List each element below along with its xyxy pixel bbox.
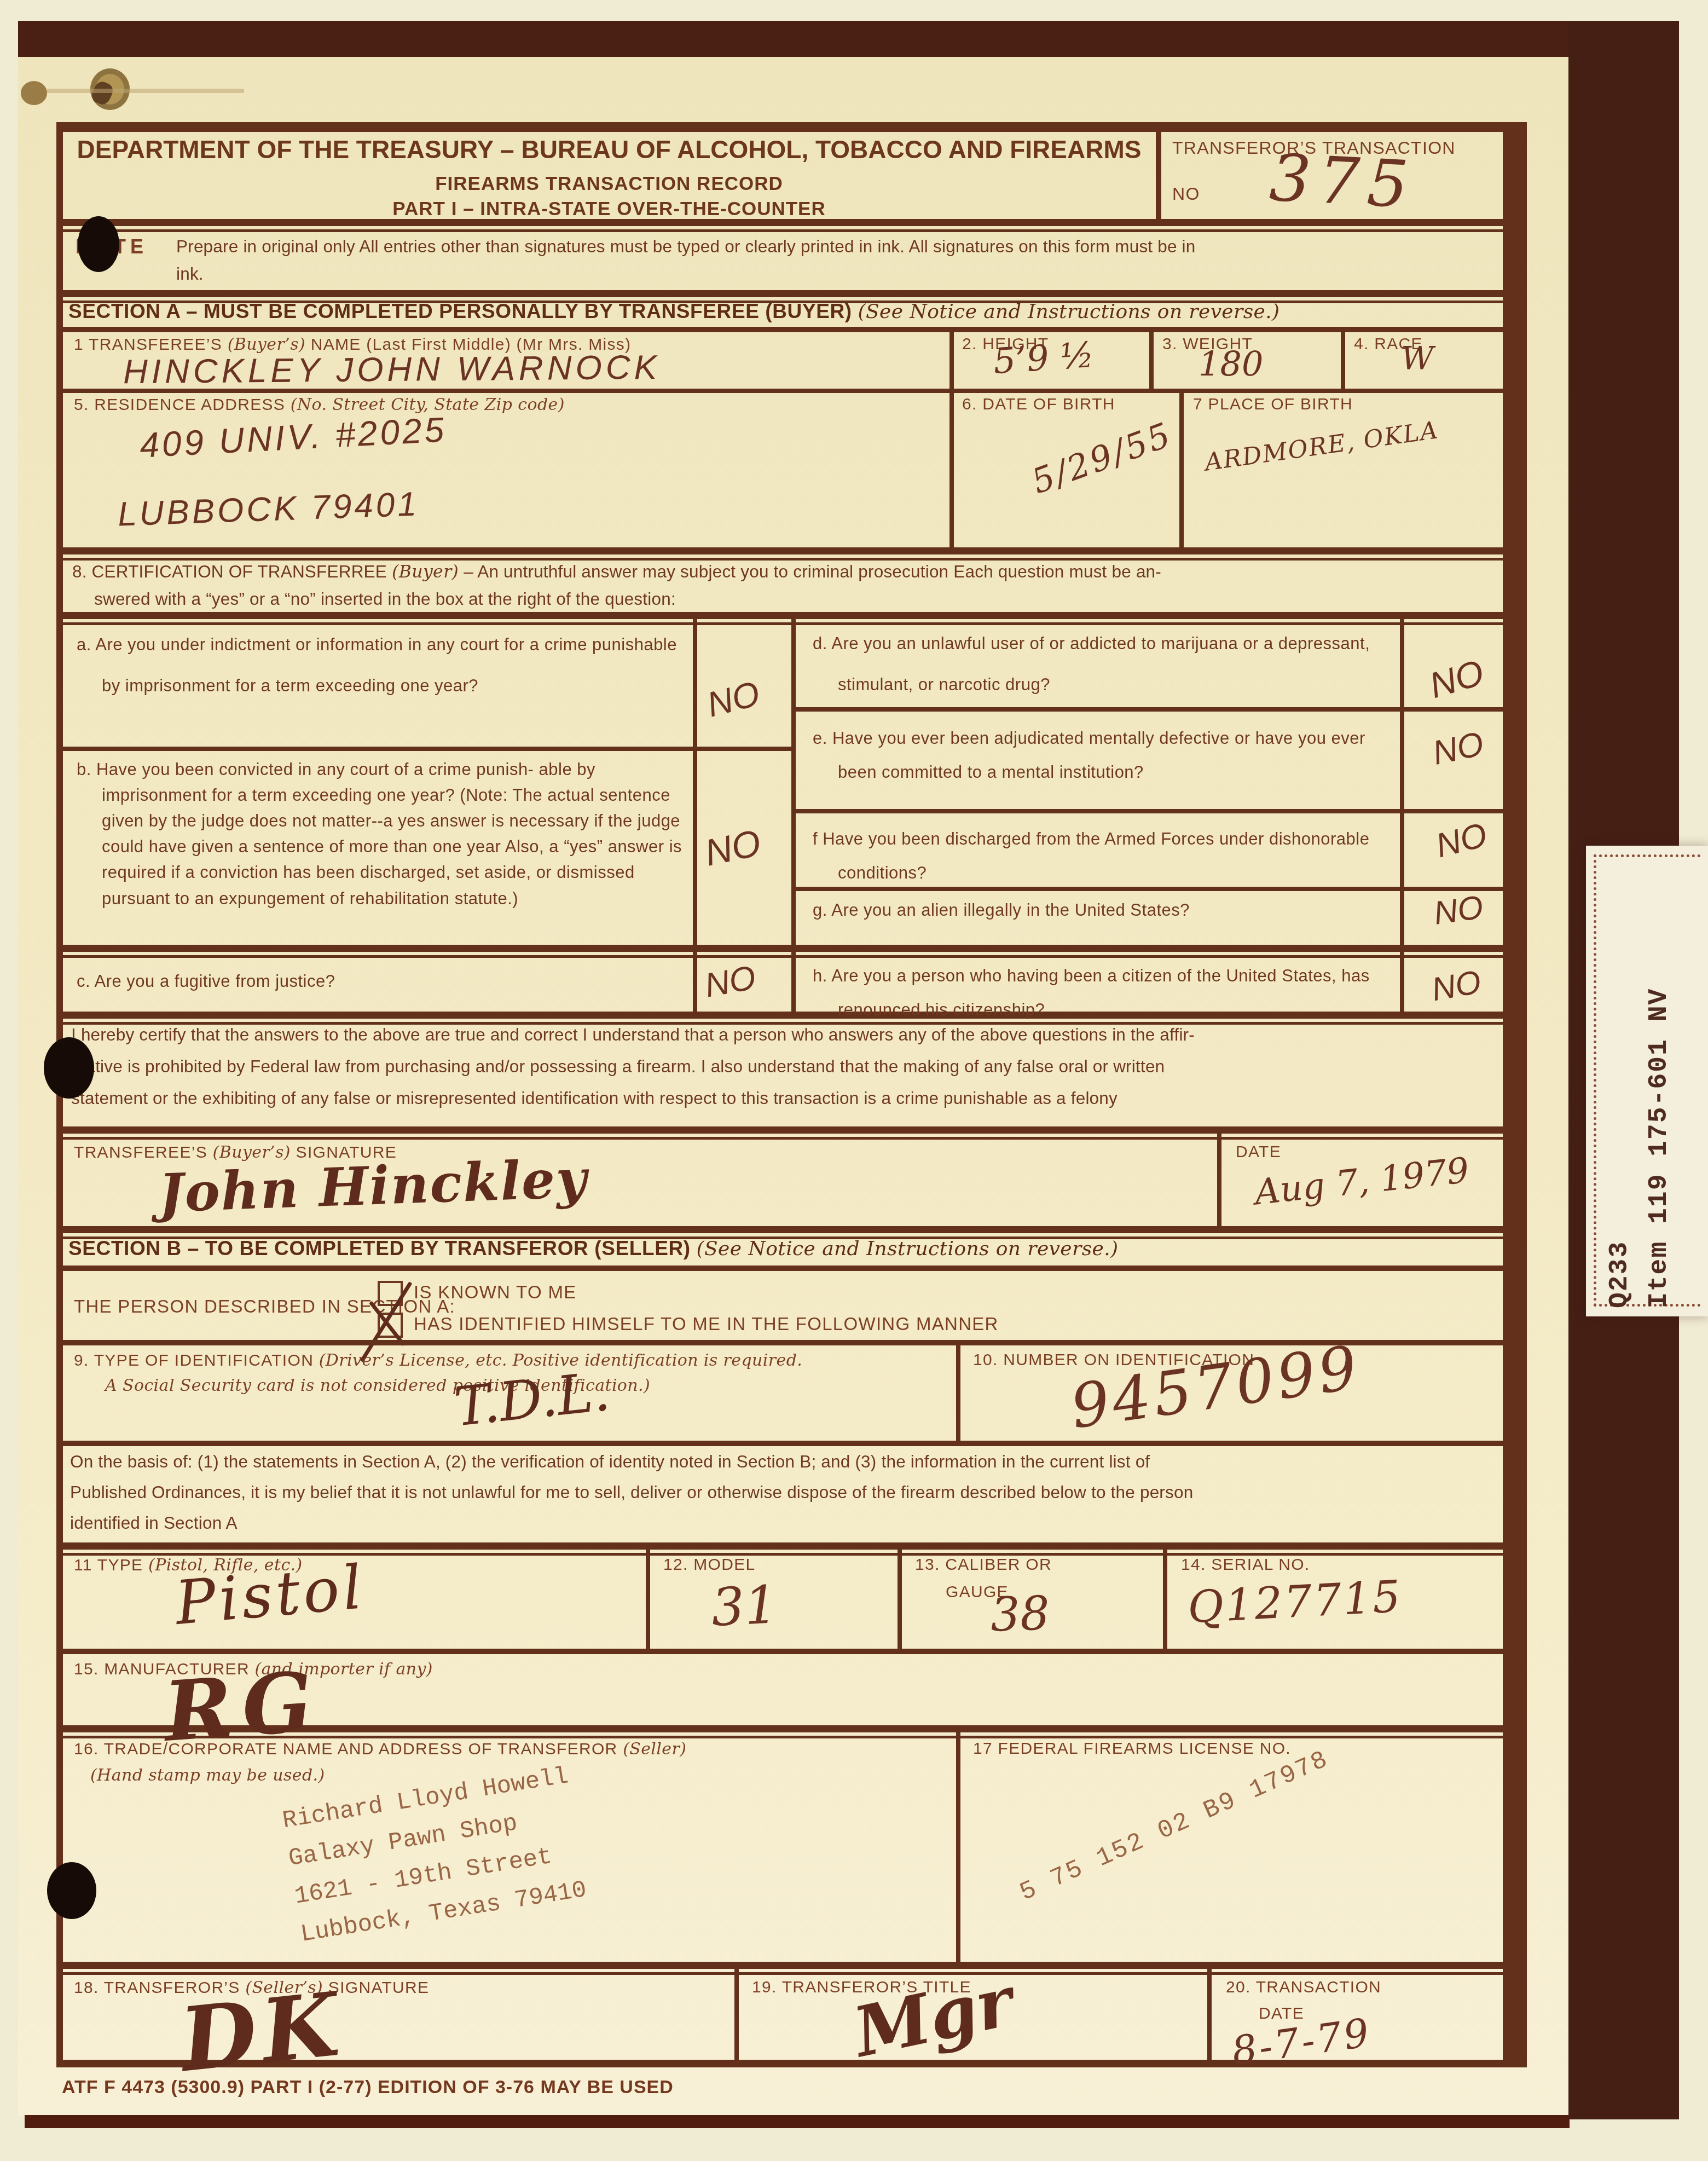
identified-label: HAS IDENTIFIED HIMSELF TO ME IN THE FOLL… <box>414 1314 999 1334</box>
answer-g: NO <box>1432 888 1486 932</box>
field14-label: 14. SERIAL NO. <box>1181 1556 1310 1574</box>
note-line2: ink. <box>176 264 204 284</box>
field17-label: 17 FEDERAL FIREARMS LICENSE NO. <box>973 1740 1291 1758</box>
qb-qc-divider <box>56 945 1527 958</box>
note-line1: Prepare in original only All entries oth… <box>176 236 1196 257</box>
f11-f12-divider <box>646 1542 650 1652</box>
form-border-top <box>56 122 1527 132</box>
question-b-text: b. Have you been convicted in any court … <box>77 756 696 911</box>
q8-intro-line1: 8. CERTIFICATION OF TRANSFERREE (Buyer) … <box>72 562 1161 582</box>
question-c-text: c. Are you a fugitive from justice? <box>77 972 696 991</box>
form-border-right <box>1503 122 1527 2067</box>
scratch-mark <box>47 89 244 93</box>
firearm-row-bottom-rule <box>56 1649 1527 1654</box>
f13-f14-divider <box>1163 1542 1167 1652</box>
field16-label: 16. TRADE/CORPORATE NAME AND ADDRESS OF … <box>74 1740 686 1759</box>
basis-line3: identified in Section A <box>70 1513 238 1533</box>
transaction-no-sublabel: NO <box>1172 184 1200 204</box>
field13-label-line1: 13. CALIBER OR <box>915 1556 1052 1574</box>
q8-intro-line2: swered with a “yes” or a “no” inserted i… <box>94 589 676 609</box>
field9-label: 9. TYPE OF IDENTIFICATION (Driver’s Lice… <box>74 1351 802 1370</box>
certification-line1: I hereby certify that the answers to the… <box>71 1025 1195 1045</box>
known-label: IS KNOWN TO ME <box>414 1282 577 1303</box>
height-value: 5’9 ½ <box>992 335 1096 383</box>
field12-label: 12. MODEL <box>663 1556 755 1574</box>
id-divider <box>956 1340 960 1441</box>
row5-divider-pob <box>1179 389 1184 551</box>
certification-line3: statement or the exhibiting of any false… <box>71 1088 1118 1108</box>
basis-line2: Published Ordinances, it is my belief th… <box>70 1482 1193 1503</box>
race-value: W <box>1401 339 1434 377</box>
signature-date-divider <box>1217 1126 1221 1228</box>
form-title-part: PART I – INTRA-STATE OVER-THE-COUNTER <box>65 198 1154 220</box>
row16-bottom-rule <box>56 1962 1527 1975</box>
form-title-department: DEPARTMENT OF THE TREASURY – BUREAU OF A… <box>65 135 1154 164</box>
header-bottom-rule <box>56 219 1527 232</box>
section-a-bottom-rule <box>56 327 1527 332</box>
hole-punch-middle <box>44 1037 94 1099</box>
f16-f17-divider <box>956 1725 960 1965</box>
field16-note: (Hand stamp may be used.) <box>90 1766 325 1785</box>
archive-label-text: Q233 Item 119 175-601 NV <box>1605 854 1687 1308</box>
basis-bottom-rule <box>56 1542 1527 1556</box>
row1-divider-race <box>1341 327 1345 389</box>
date-label: DATE <box>1236 1143 1281 1162</box>
certification-line2: mative is prohibited by Federal law from… <box>71 1056 1165 1077</box>
section-b-title: SECTION B – TO BE COMPLETED BY TRANSFERO… <box>68 1237 697 1259</box>
hole-punch-bottom <box>47 1862 96 1919</box>
mat-band-bottom <box>25 2115 1570 2128</box>
section-a-banner: SECTION A – MUST BE COMPLETED PERSONALLY… <box>68 300 1280 323</box>
archive-label-line2: Item 119 175-601 NV <box>1645 854 1674 1308</box>
header-divider-vertical <box>1156 122 1161 221</box>
archive-label-line1: Q233 <box>1605 854 1635 1308</box>
question-a-text: a. Are you under indictment or informati… <box>77 624 696 706</box>
row1-divider-height <box>949 327 954 389</box>
seller-signature-value: DK <box>176 1972 349 2091</box>
scanned-form-photo: DEPARTMENT OF THE TREASURY – BUREAU OF A… <box>0 0 1708 2161</box>
mat-band-top <box>18 21 1679 57</box>
f19-f20-divider <box>1207 1962 1212 2060</box>
form-id-footer: ATF F 4473 (5300.9) PART I (2-77) EDITIO… <box>62 2077 674 2098</box>
basis-line1: On the basis of: (1) the statements in S… <box>70 1452 1150 1472</box>
manufacturer-value: RG <box>161 1653 325 1760</box>
section-a-note: (See Notice and Instructions on reverse.… <box>858 301 1280 323</box>
row5-divider-dob <box>949 389 954 551</box>
qe-qf-divider <box>791 809 1527 813</box>
f12-f13-divider <box>898 1542 902 1652</box>
field7-label: 7 PLACE OF BIRTH <box>1193 395 1353 414</box>
question-e-text: e. Have you ever been adjudicated mental… <box>813 721 1407 789</box>
section-a-title: SECTION A – MUST BE COMPLETED PERSONALLY… <box>68 300 858 322</box>
model-value: 31 <box>710 1575 779 1638</box>
field6-label: 6. DATE OF BIRTH <box>962 395 1115 414</box>
caliber-value: 38 <box>989 1586 1051 1643</box>
qa-qb-divider <box>56 747 796 751</box>
section-b-banner: SECTION B – TO BE COMPLETED BY TRANSFERO… <box>68 1237 1119 1260</box>
question-f-text: f Have you been discharged from the Arme… <box>813 822 1407 890</box>
archive-side-label: Q233 Item 119 175-601 NV <box>1586 846 1708 1316</box>
staple-mark-left <box>21 81 47 105</box>
form-title-record: FIREARMS TRANSACTION RECORD <box>65 173 1154 195</box>
row1-divider-weight <box>1149 327 1154 389</box>
weight-value: 180 <box>1199 344 1263 384</box>
f18-f19-divider <box>734 1962 739 2060</box>
question-d-text: d. Are you an unlawful user of or addict… <box>813 623 1407 705</box>
transaction-no-value: 375 <box>1268 140 1418 223</box>
question-g-text: g. Are you an alien illegally in the Uni… <box>813 900 1407 920</box>
section-b-note: (See Notice and Instructions on reverse.… <box>697 1238 1119 1260</box>
question-h-text: h. Are you a person who having been a ci… <box>813 959 1407 1027</box>
field20-label-line1: 20. TRANSACTION <box>1226 1978 1381 1997</box>
buyer-name-value: HINCKLEY JOHN WARNOCK <box>123 348 661 392</box>
row5-bottom-rule <box>56 547 1527 561</box>
id-row-bottom-rule <box>56 1441 1527 1446</box>
section-b-bottom-rule <box>56 1266 1527 1271</box>
certification-bottom-rule <box>56 1126 1527 1140</box>
hole-punch-top <box>78 216 119 272</box>
qd-qe-divider <box>791 707 1527 712</box>
field5-label: 5. RESIDENCE ADDRESS (No. Street City, S… <box>74 395 565 414</box>
